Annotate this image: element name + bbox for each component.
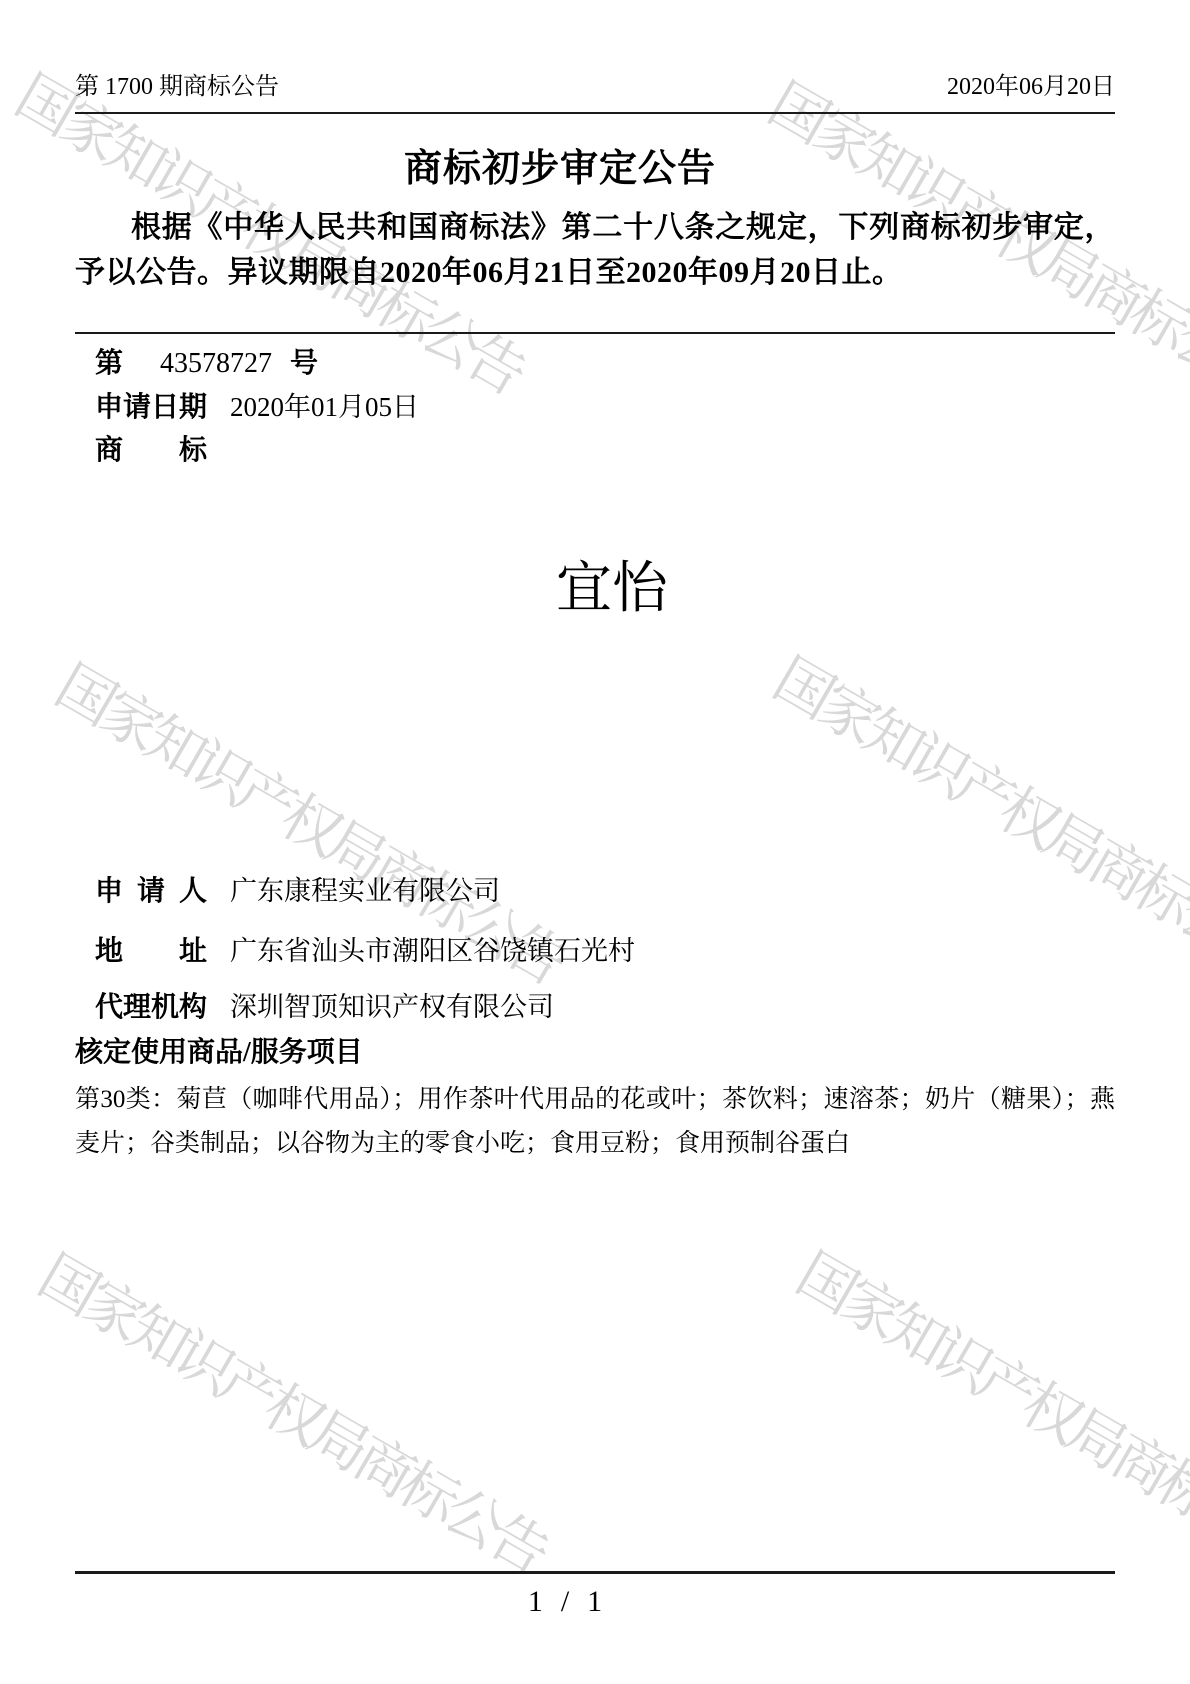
registration-suffix: 号 <box>290 348 318 379</box>
application-date-row: 申请日期2020年01月05日 <box>95 390 419 425</box>
agency-value: 深圳智顶知识产权有限公司 <box>230 992 554 1022</box>
agency-label: 代理机构 <box>95 991 207 1025</box>
gazette-issue-label: 第 1700 期商标公告 <box>75 72 279 102</box>
address-label: 地址 <box>95 935 207 969</box>
page-number-separator: / <box>561 1585 569 1618</box>
address-row: 地址广东省汕头市潮阳区谷饶镇石光村 <box>95 934 635 969</box>
goods-section-title: 核定使用商品/服务项目 <box>75 1036 363 1070</box>
page-number: 1/1 <box>75 1584 1115 1620</box>
address-value: 广东省汕头市潮阳区谷饶镇石光村 <box>230 936 635 966</box>
registration-number-row: 第43578727号 <box>95 347 318 381</box>
page-header: 第 1700 期商标公告 2020年06月20日 <box>75 72 1115 102</box>
agency-row: 代理机构深圳智顶知识产权有限公司 <box>95 990 554 1025</box>
page-title: 商标初步审定公告 <box>75 146 1115 192</box>
applicant-label: 申请人 <box>95 875 207 909</box>
registration-number: 43578727 <box>160 348 272 379</box>
applicant-row: 申请人广东康程实业有限公司 <box>95 874 500 909</box>
gazette-date: 2020年06月20日 <box>947 72 1115 102</box>
applicant-value: 广东康程实业有限公司 <box>230 876 500 906</box>
header-divider-line <box>75 112 1115 114</box>
gazette-page: 国家知识产权局商标公告 国家知识产权局商标公告 国家知识产权局商标公告 国家知识… <box>0 0 1190 1684</box>
application-date-label: 申请日期 <box>95 391 207 425</box>
intro-paragraph: 根据《中华人民共和国商标法》第二十八条之规定，下列商标初步审定，予以公告。异议期… <box>75 205 1115 295</box>
trademark-label: 商标 <box>95 434 207 468</box>
section-divider-line <box>75 332 1115 334</box>
registration-prefix: 第 <box>95 348 123 379</box>
content-layer: 第 1700 期商标公告 2020年06月20日 商标初步审定公告 根据《中华人… <box>0 0 1190 1684</box>
current-page-number: 1 <box>528 1585 543 1618</box>
footer-divider-line <box>75 1571 1115 1574</box>
trademark-name: 宜怡 <box>75 558 1115 620</box>
total-page-number: 1 <box>587 1585 602 1618</box>
trademark-label-row: 商标 <box>95 434 207 468</box>
application-date-value: 2020年01月05日 <box>230 392 419 422</box>
goods-section-content: 第30类：菊苣（咖啡代用品）；用作茶叶代用品的花或叶；茶饮料；速溶茶；奶片（糖果… <box>75 1078 1115 1166</box>
